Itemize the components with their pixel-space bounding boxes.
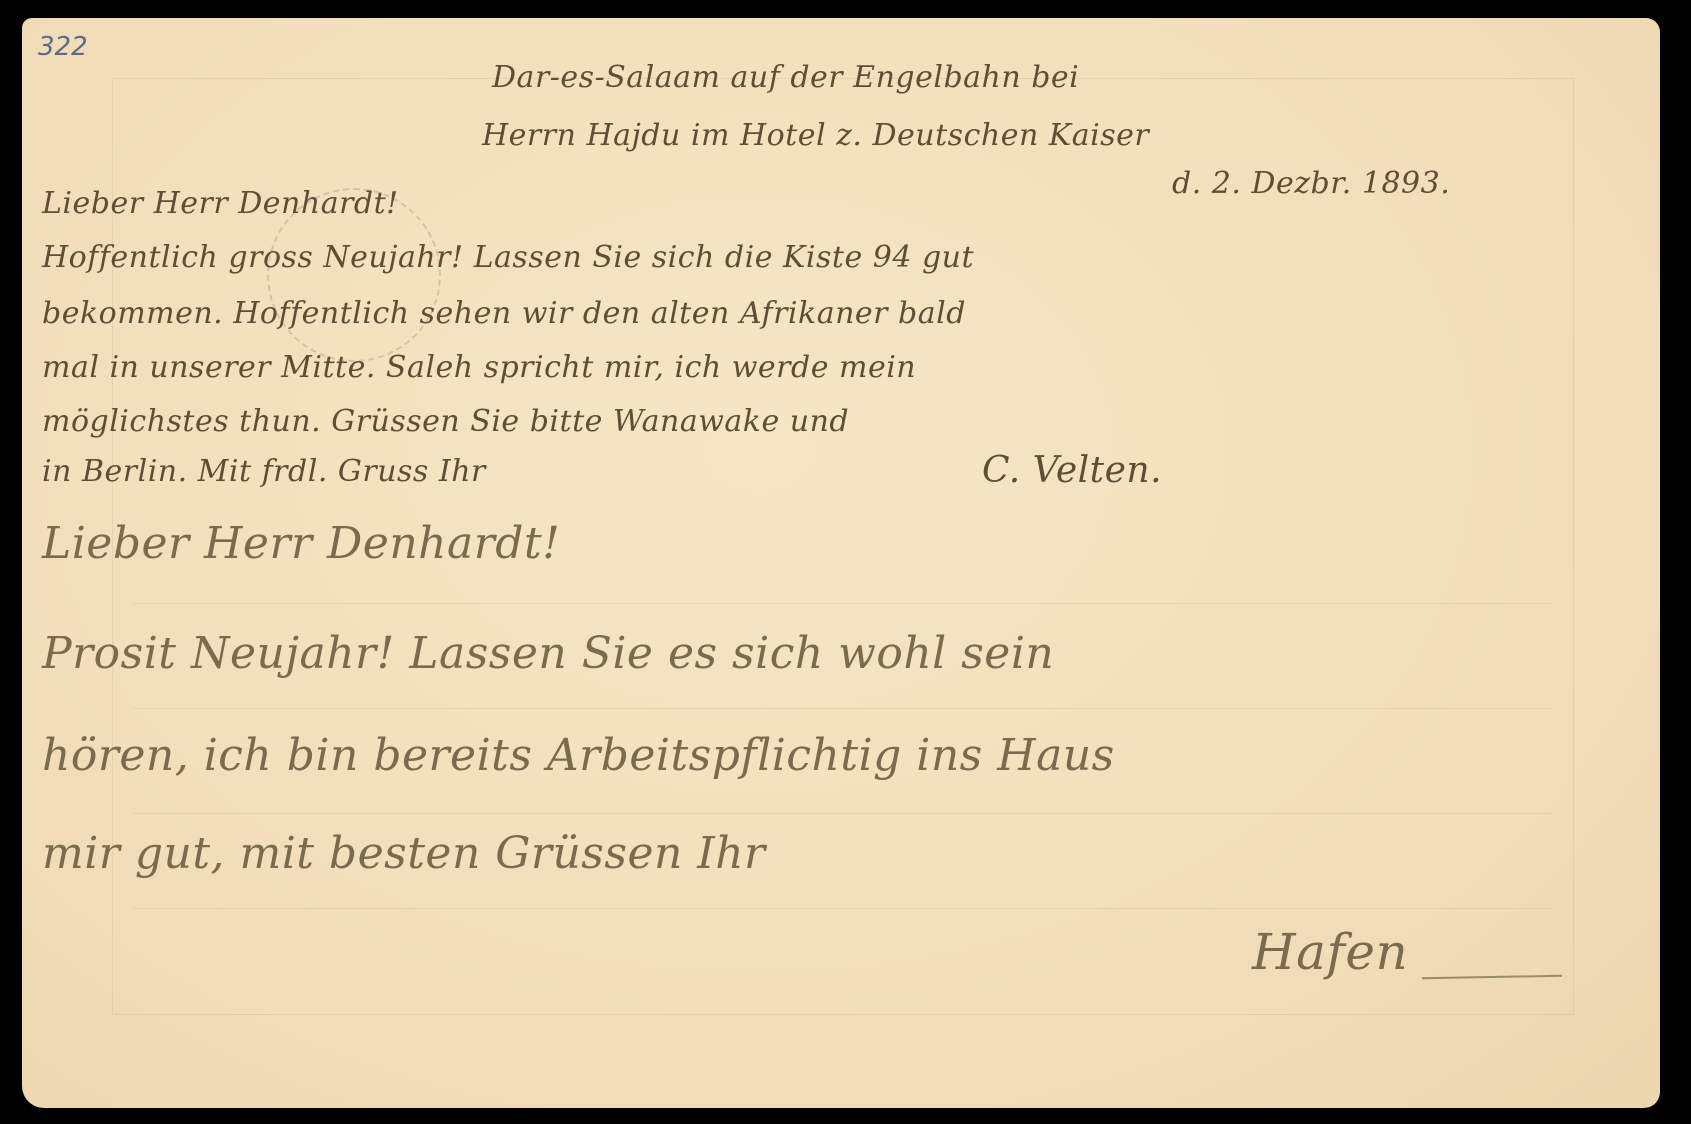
body-line: möglichstes thun. Grüssen Sie bitte Wana… xyxy=(42,404,849,439)
signature-2: Hafen xyxy=(1252,923,1408,981)
body-line: mal in unserer Mitte. Saleh spricht mir,… xyxy=(42,350,916,385)
ruled-line xyxy=(132,708,1552,709)
ruled-line xyxy=(132,813,1552,814)
place-line-2: Herrn Hajdu im Hotel z. Deutschen Kaiser xyxy=(482,118,1149,153)
body-line: Hoffentlich gross Neujahr! Lassen Sie si… xyxy=(42,240,974,275)
body-line: hören, ich bin bereits Arbeitspflichtig … xyxy=(42,730,1115,781)
ruled-line xyxy=(132,603,1552,604)
body-line: bekommen. Hoffentlich sehen wir den alte… xyxy=(42,296,966,331)
letter-date: d. 2. Dezbr. 1893. xyxy=(1172,166,1450,201)
salutation-2: Lieber Herr Denhardt! xyxy=(42,518,560,569)
archive-number: 322 xyxy=(38,32,88,62)
signature-1: C. Velten. xyxy=(982,450,1162,491)
salutation-1: Lieber Herr Denhardt! xyxy=(42,186,399,221)
postcard: 322 Dar-es-Salaam auf der Engelbahn bei … xyxy=(22,18,1660,1108)
body-line: in Berlin. Mit frdl. Gruss Ihr xyxy=(42,454,486,489)
place-line-1: Dar-es-Salaam auf der Engelbahn bei xyxy=(492,60,1079,95)
body-line: Prosit Neujahr! Lassen Sie es sich wohl … xyxy=(42,628,1054,679)
body-line: mir gut, mit besten Grüssen Ihr xyxy=(42,828,766,879)
ruled-line xyxy=(132,908,1552,909)
